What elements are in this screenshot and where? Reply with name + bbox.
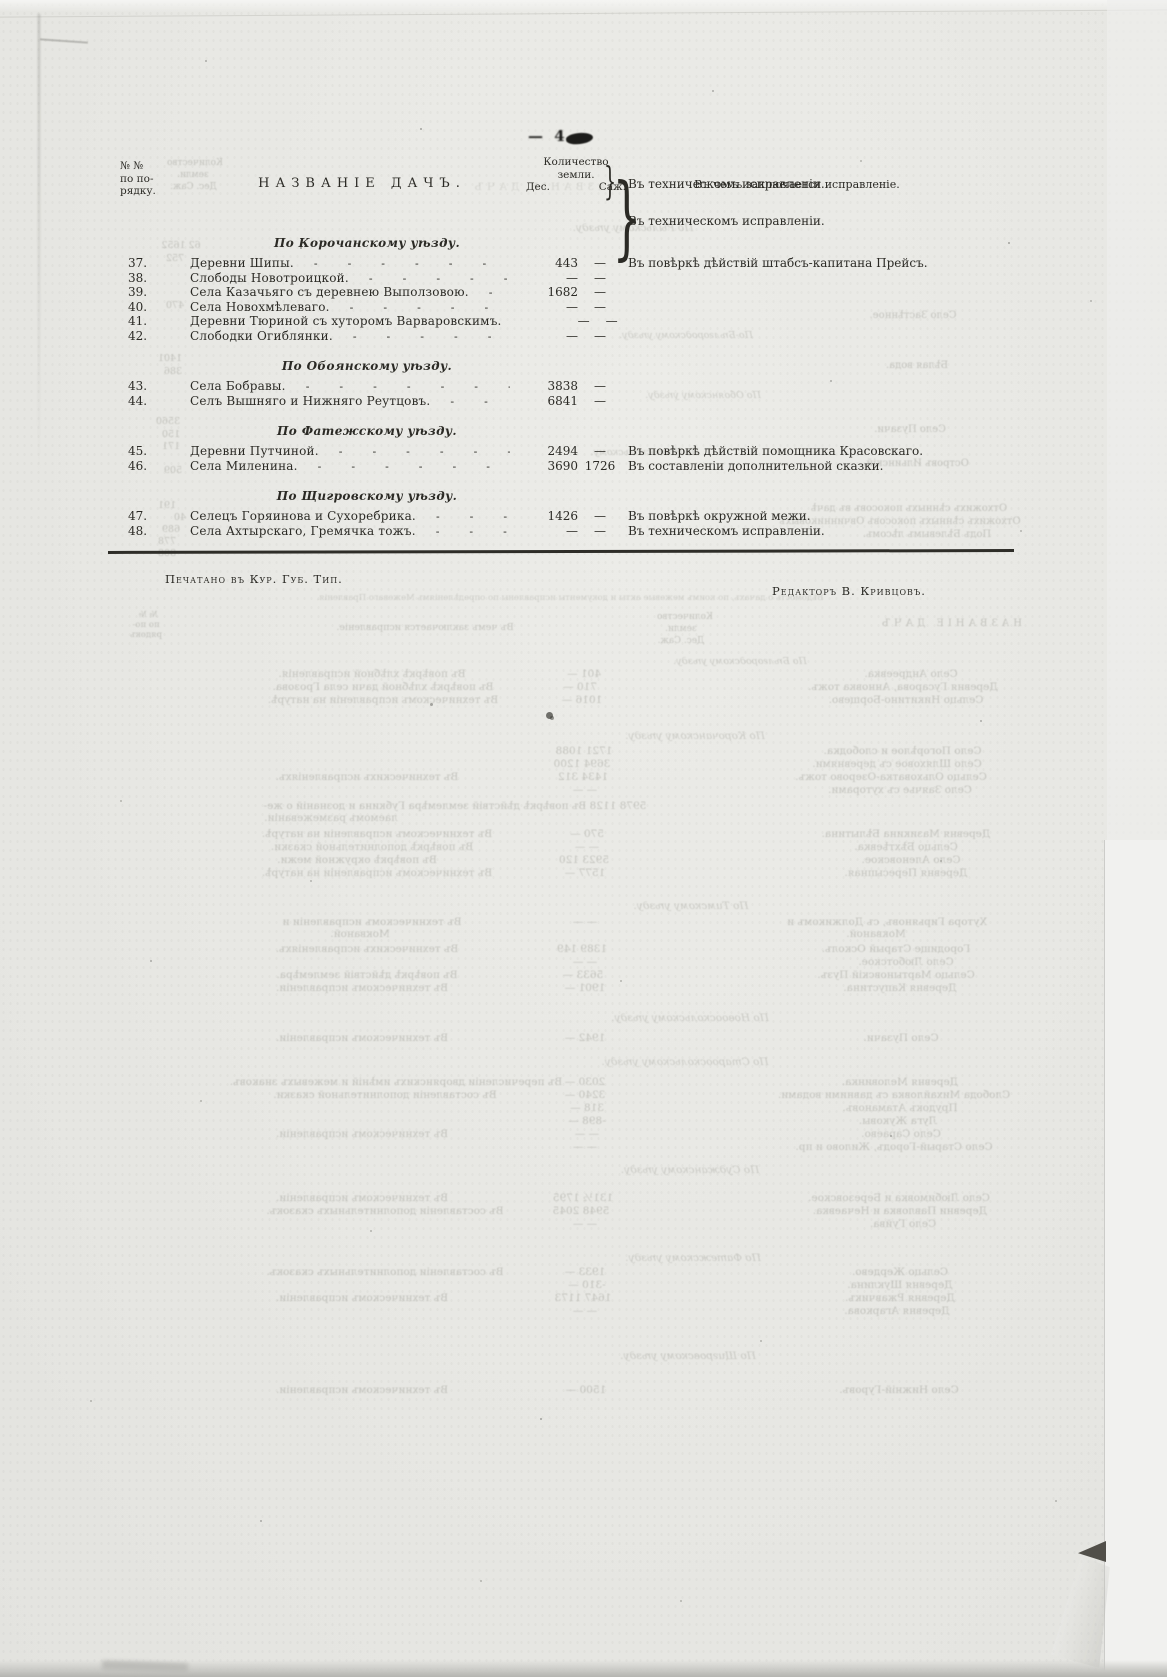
paper-speck: [540, 1418, 542, 1420]
row-name: Слободки Огиблянки.: [190, 329, 333, 343]
paper-speck: [550, 716, 554, 720]
row-name: Села Миленина.: [190, 459, 298, 473]
bleedthrough-text: 5923 120: [552, 854, 616, 866]
bleedthrough-text: Деревня Мазикина Бѣлытина.: [806, 828, 1006, 840]
footer-editor: Редакторъ В. Кривцовъ.: [772, 584, 926, 598]
bleedthrough-text: Сельцо Бѣхтѣевка.: [826, 841, 986, 853]
row-number: 47.: [112, 509, 172, 523]
num-header-line: по по-: [120, 173, 156, 186]
bleedthrough-text: 1434 312: [550, 771, 616, 783]
row-sazhens: —: [578, 271, 622, 285]
paper-speck: [200, 1100, 202, 1102]
bleedthrough-text: 710 —: [552, 681, 608, 693]
row-number: 48.: [112, 524, 172, 538]
row-desyatinas: 1682: [514, 285, 578, 299]
bleedthrough-text: — —: [562, 1141, 608, 1153]
bleedthrough-text: Мокваной.: [806, 928, 946, 940]
bleedthrough-text: 2030 —: [556, 1076, 614, 1088]
row-correction: Въ повѣркѣ дѣйствій помощника Красовскаг…: [622, 444, 992, 458]
paper-crease: [38, 14, 40, 484]
row-number: 38.: [112, 271, 172, 285]
section-heading: По Фатежскому уѣзду.: [112, 424, 622, 438]
bleedthrough-text: 5948 2045: [544, 1205, 618, 1217]
paper-speck: [370, 1230, 372, 1232]
row-desyatinas: 1426: [514, 509, 578, 523]
row-number: 44.: [112, 394, 172, 408]
bleedthrough-text: Мокваной.: [300, 928, 420, 940]
row-sazhens: —: [578, 394, 622, 408]
bleedthrough-text: Хутора Гирьяновъ, съ Должикомъ и: [764, 916, 1010, 928]
backing-sheet: [1107, 0, 1167, 845]
unit-des: Дес.: [526, 181, 550, 194]
bleedthrough-text: Въ составленіи дополнительныхъ сказокъ.: [240, 1205, 530, 1217]
row-leader-dashes: --------------: [298, 460, 510, 473]
bleedthrough-text: Прудокъ Атамановъ.: [812, 1102, 988, 1114]
row-sazhens: —: [578, 379, 622, 393]
bleedthrough-text: 3694 1200: [546, 758, 618, 770]
bleedthrough-text: Въ перечисленіи дворянскихъ имѣній и меж…: [228, 1076, 564, 1088]
row-correction: Въ повѣркѣ окружной межи.: [622, 509, 992, 523]
bleedthrough-text: 1389 149: [550, 943, 614, 955]
bleedthrough-text: 5978 1128 Въ повѣркѣ дѣйствій землемѣра …: [240, 800, 670, 812]
bleedthrough-text: Въ техническомъ исправленіи на натурѣ.: [252, 867, 502, 879]
bleedthrough-text: земли.: [636, 624, 726, 634]
bleedthrough-text: Луга Жуковы.: [818, 1115, 978, 1127]
footer-printer: Печатано въ Кур. Губ. Тип.: [165, 572, 343, 586]
bleedthrough-text: Сельцо Ольховатка-Озерово тожъ.: [778, 771, 1004, 783]
bleedthrough-text: Въ техническихъ исправленіяхъ.: [252, 943, 482, 955]
table-section: По Фатежскому уѣзду.45.Деревни Путчиной.…: [112, 424, 992, 473]
row-name: Села Бобравы.: [190, 379, 286, 393]
paper-speck: [760, 1340, 762, 1342]
row-name: Деревни Путчиной.: [190, 444, 319, 458]
row-name: Села Казачьяго съ деревнею Выползовою.: [190, 285, 469, 299]
bleedthrough-text: Въ техническомъ исправленіи на натурѣ.: [252, 694, 514, 706]
bleedthrough-text: Городище Старый Осколъ.: [796, 943, 996, 955]
bleedthrough-text: лаемомъ размежеваніи.: [246, 812, 416, 824]
column-header-num: № №по по-рядку.: [120, 160, 156, 198]
row-leader-dashes: --------------: [469, 286, 510, 299]
row-sazhens: —: [578, 524, 622, 538]
row-desyatinas: 2494: [514, 444, 578, 458]
table-row: 39.Села Казачьяго съ деревнею Выползовою…: [112, 285, 992, 300]
bleedthrough-text: Село Старый-Городъ, Жилово и пр.: [776, 1141, 1012, 1153]
bleedthrough-text: Дес. Саж.: [626, 636, 736, 646]
bleedthrough-text: Село Сараево.: [826, 1128, 976, 1140]
table-section: По Обоянскому уѣзду.43.Села Бобравы.----…: [112, 359, 992, 408]
bleedthrough-text: 1901 —: [556, 982, 614, 994]
bleedthrough-text: Деревня Ржавчикъ.: [812, 1292, 988, 1304]
bleedthrough-text: 5633 —: [554, 969, 612, 981]
bleedthrough-text: Село Люботское.: [826, 956, 986, 968]
row-desyatinas: —: [514, 300, 578, 314]
row-leader-dashes: --------------: [286, 380, 510, 393]
bleedthrough-text: Сельцо Никитино-Борщево.: [806, 694, 1006, 706]
paper-speck: [1020, 530, 1022, 532]
row-number: 42.: [112, 329, 172, 343]
bleedthrough-text: 1500 —: [558, 1384, 614, 1396]
paper-speck: [420, 128, 422, 130]
bleedthrough-text: Въ техническомъ исправленіи на натурѣ.: [252, 828, 502, 840]
bleedthrough-text: Въ техническомъ исправленіи.: [252, 1032, 472, 1044]
bleedthrough-text: Слобода Михайловка съ давними водами.: [776, 1089, 1012, 1101]
paper-speck: [680, 1600, 682, 1602]
bleedthrough-text: Село Гуйва.: [838, 1218, 968, 1230]
bleedthrough-text: По Суджанскому уѣзду.: [600, 1164, 780, 1176]
bleedthrough-text: Село Пузачи.: [826, 1032, 976, 1044]
paper-speck: [940, 860, 942, 862]
bleedthrough-text: Село Любимовка и Березовское.: [786, 1192, 1012, 1204]
bleedthrough-text: Въ повѣркѣ хлѣбной исправленія.: [252, 668, 492, 680]
table-row: 38.Слободы Новотроицкой.--------------——: [112, 271, 992, 286]
bleedthrough-text: Село Аленовское.: [826, 854, 996, 866]
row-leader-dashes: --------------: [349, 272, 510, 285]
table-row: 41.Деревни Тюриной съ хуторомъ Варваровс…: [112, 314, 992, 329]
bleedthrough-text: Въ составленіи дополнительныхъ сказокъ.: [240, 1266, 530, 1278]
bleedthrough-text: Въ техническомъ исправленіи.: [252, 1384, 472, 1396]
paper-speck: [890, 1135, 892, 1137]
bleedthrough-text: Въ повѣркѣ хлѣбной дачи села Грозова.: [252, 681, 514, 693]
bleedthrough-text: Сельцо Мартыновскій Пузъ.: [796, 969, 996, 981]
bleedthrough-text: — —: [564, 841, 610, 853]
row-leader-dashes: --------------: [430, 395, 510, 408]
bleedthrough-text: 3240 —: [556, 1089, 614, 1101]
bleedthrough-text: — —: [562, 956, 608, 968]
bleedthrough-text: 1942 —: [556, 1032, 614, 1044]
bleedthrough-text: По Корочанскому уѣзду.: [610, 730, 780, 742]
bleedthrough-text: -898 —: [560, 1115, 614, 1127]
group-label: Въ техническомъ исправленіи.: [628, 177, 825, 191]
paper-speck: [1008, 242, 1010, 244]
group-brace: }: [604, 166, 616, 196]
bleedthrough-text: 1577 —: [556, 867, 614, 879]
bleedthrough-text: Село Нижній-Гуровъ.: [786, 1384, 1012, 1396]
row-number: 37.: [112, 256, 172, 270]
row-leader-dashes: --------------: [319, 445, 510, 458]
bleedthrough-text: Въ техническихъ исправленіяхъ.: [252, 771, 482, 783]
bleedthrough-text: Сельцо Жердево.: [820, 1266, 980, 1278]
bleedthrough-text: — —: [560, 784, 610, 796]
bleedthrough-text: 570 —: [560, 828, 614, 840]
row-correction: Въ повѣркѣ дѣйствій штабсъ-капитана Прей…: [622, 256, 992, 270]
bleedthrough-text: 1721 1088: [548, 745, 620, 757]
row-desyatinas: 3690: [514, 459, 578, 473]
bleedthrough-text: Въ повѣркѣ дѣйствій землемѣра.: [252, 969, 482, 981]
group-label: Въ техническомъ исправленіи.: [628, 214, 825, 228]
bleedthrough-text: Село Шляховое съ деревнями.: [790, 758, 1004, 770]
bleedthrough-text: рядокъ: [118, 630, 174, 640]
bleedthrough-text: Деревня Меловинка.: [810, 1076, 990, 1088]
bleedthrough-text: — —: [564, 1128, 610, 1140]
bleedthrough-text: Въ техническомъ исправленіи.: [252, 1192, 472, 1204]
bleedthrough-text: 1016 —: [552, 694, 612, 706]
row-leader-dashes: --------------: [294, 257, 510, 270]
row-desyatinas: 6841: [514, 394, 578, 408]
bleedthrough-text: 318 —: [562, 1102, 612, 1114]
row-sazhens: —: [578, 509, 622, 523]
row-sazhens: —: [590, 314, 634, 328]
estates-table: № №по по-рядку. НАЗВАНІЕ ДАЧЪ. Количеств…: [112, 150, 992, 553]
table-row: 37.Деревни Шипы.--------------443—Въ пов…: [112, 256, 992, 271]
column-header-title: НАЗВАНІЕ ДАЧЪ.: [212, 176, 512, 191]
bleedthrough-text: Село Погорѣлое и слободка.: [800, 745, 1005, 757]
bleedthrough-text: Въ повѣркѣ дополнительной сказки.: [252, 841, 492, 853]
paper-speck: [260, 1520, 262, 1522]
row-correction: Въ техническомъ исправленіи.: [622, 524, 992, 538]
row-sazhens: 1726: [578, 459, 622, 473]
bleedthrough-text: Деревня Агаркова.: [806, 1305, 988, 1317]
row-number: 46.: [112, 459, 172, 473]
table-section: По Щигровскому уѣзду.47.Селецъ Горяинова…: [112, 489, 992, 538]
table-row: 40.Села Новохмѣлеваго.--------------——: [112, 300, 992, 315]
bleedthrough-text: По Тимскому уѣзду.: [616, 900, 766, 912]
bleedthrough-text: Село Заячье съ хуторами.: [800, 784, 1000, 796]
bleedthrough-text: 1647 1173: [548, 1292, 618, 1304]
bleedthrough-text: Въ техническомъ исправленіи.: [252, 1292, 472, 1304]
bleedthrough-text: Въ техническомъ исправленіи.: [252, 982, 472, 994]
row-leader-dashes: --------------: [502, 315, 522, 328]
bleedthrough-text: Деревни Павловка и Нечаевка.: [788, 1205, 1012, 1217]
bleedthrough-text: Деревня Пересыпная.: [816, 867, 996, 879]
bleedthrough-text: Въ чемъ заключается исправленіе.: [300, 622, 550, 633]
row-desyatinas: —: [526, 314, 590, 328]
table-row: 44.Селъ Вышняго и Нижняго Реутцовъ.-----…: [112, 394, 992, 409]
paper-crease-small: [40, 38, 88, 43]
bleedthrough-text: -310 —: [560, 1279, 614, 1291]
row-sazhens: —: [578, 300, 622, 314]
backing-sheet-lower: [1104, 840, 1167, 1677]
paper-speck: [620, 980, 622, 982]
bleedthrough-text: По Новооскольскому уѣзду.: [590, 1012, 790, 1024]
row-leader-dashes: --------------: [330, 301, 510, 314]
bleedthrough-text: Въ повѣркѣ окружной межи.: [252, 854, 462, 866]
bleedthrough-text: По Бѣлгородскому уѣзду.: [660, 656, 820, 667]
bleedthrough-text: № №: [120, 610, 176, 620]
row-name: Селецъ Горяинова и Сухоребрика.: [190, 509, 416, 523]
paper-speck: [205, 60, 207, 62]
bleedthrough-text: 401 —: [556, 668, 612, 680]
table-section: По Корочанскому уѣзду.37.Деревни Шипы.--…: [112, 236, 992, 343]
bleedthrough-text: Въ составленіи дополнительной сказки.: [240, 1089, 530, 1101]
bleedthrough-text: 1933 —: [556, 1266, 614, 1278]
row-sazhens: —: [578, 285, 622, 299]
bleedthrough-text: по по-: [118, 620, 174, 630]
table-row: 48.Села Ахтырскаго, Гремячка тожъ.------…: [112, 524, 992, 539]
paper-speck: [1055, 1500, 1057, 1502]
row-name: Деревни Шипы.: [190, 256, 294, 270]
paper-speck: [1090, 300, 1092, 302]
row-leader-dashes: --------------: [416, 525, 510, 538]
row-number: 45.: [112, 444, 172, 458]
page-curl: [1038, 1556, 1110, 1668]
section-heading: По Щигровскому уѣзду.: [112, 489, 622, 503]
row-name: Слободы Новотроицкой.: [190, 271, 349, 285]
row-desyatinas: 443: [514, 256, 578, 270]
row-desyatinas: —: [514, 329, 578, 343]
row-sazhens: —: [578, 444, 622, 458]
row-number: 40.: [112, 300, 172, 314]
paper-speck: [310, 880, 312, 882]
bleedthrough-text: Деревня Капустина.: [810, 982, 990, 994]
paper-speck: [980, 720, 982, 722]
row-sazhens: —: [578, 329, 622, 343]
row-name: Села Ахтырскаго, Гремячка тожъ.: [190, 524, 416, 538]
paper-speck: [712, 90, 714, 92]
paper-speck: [480, 1580, 482, 1582]
bleedthrough-text: По Старооскольскому уѣзду.: [580, 1056, 790, 1068]
row-leader-dashes: --------------: [416, 510, 510, 523]
paper-speck: [150, 960, 152, 962]
divider-rule: [108, 549, 1014, 553]
bleedthrough-text: НАЗВАНІЕ ДАЧЪ: [850, 618, 1050, 629]
bleedthrough-text: — —: [562, 1305, 608, 1317]
table-row: 46.Села Миленина.--------------36901726В…: [112, 459, 992, 474]
row-number: 41.: [112, 314, 172, 328]
row-number: 39.: [112, 285, 172, 299]
bleedthrough-text: Село Андреевка.: [816, 668, 1006, 680]
row-number: 43.: [112, 379, 172, 393]
scanned-page: Количествоземли.Дес. Саж.НАЗВАНІЕ ДАЧЪПо…: [0, 0, 1167, 1677]
table-header: № №по по-рядку. НАЗВАНІЕ ДАЧЪ. Количеств…: [112, 150, 992, 220]
bleedthrough-text: По Фатежскому уѣзду.: [608, 1252, 778, 1264]
row-desyatinas: —: [514, 271, 578, 285]
paper-speck: [90, 1400, 92, 1402]
table-row: 42.Слободки Огиблянки.--------------——: [112, 329, 992, 344]
table-row: 43.Села Бобравы.--------------3838—: [112, 379, 992, 394]
bleedthrough-text: — —: [562, 916, 608, 928]
table-body: По Корочанскому уѣзду.37.Деревни Шипы.--…: [112, 236, 992, 538]
bleedthrough-text: — —: [562, 1218, 608, 1230]
row-name: Села Новохмѣлеваго.: [190, 300, 330, 314]
section-heading: По Корочанскому уѣзду.: [112, 236, 622, 250]
table-row: 47.Селецъ Горяинова и Сухоребрика.------…: [112, 509, 992, 524]
paper-speck: [430, 703, 433, 706]
row-desyatinas: —: [514, 524, 578, 538]
row-leader-dashes: --------------: [333, 330, 510, 343]
bleedthrough-text: Въ техническомъ исправленіи и: [252, 916, 492, 928]
row-desyatinas: 3838: [514, 379, 578, 393]
bleedthrough-text: Деревня Гусарова, Анновка тожъ.: [796, 681, 1010, 693]
row-name: Селъ Вышняго и Нижняго Реутцовъ.: [190, 394, 430, 408]
bleedthrough-text: Количество: [630, 612, 740, 622]
section-heading: По Обоянскому уѣзду.: [112, 359, 622, 373]
bleedthrough-text: По Щигровскому уѣзду.: [598, 1350, 778, 1362]
row-correction: Въ составленіи дополнительной сказки.: [622, 459, 992, 473]
bleedthrough-text: Деревня Шуклина.: [812, 1279, 988, 1291]
bleedthrough-text: Въ техническомъ исправленіи.: [252, 1128, 472, 1140]
row-name: Деревни Тюриной съ хуторомъ Варваровским…: [190, 314, 502, 328]
table-row: 45.Деревни Путчиной.--------------2494—В…: [112, 444, 992, 459]
num-header-line: № №: [120, 160, 156, 173]
paper-speck: [120, 800, 122, 802]
bleedthrough-text: 131½ 1795: [546, 1192, 620, 1204]
num-header-line: рядку.: [120, 185, 156, 198]
